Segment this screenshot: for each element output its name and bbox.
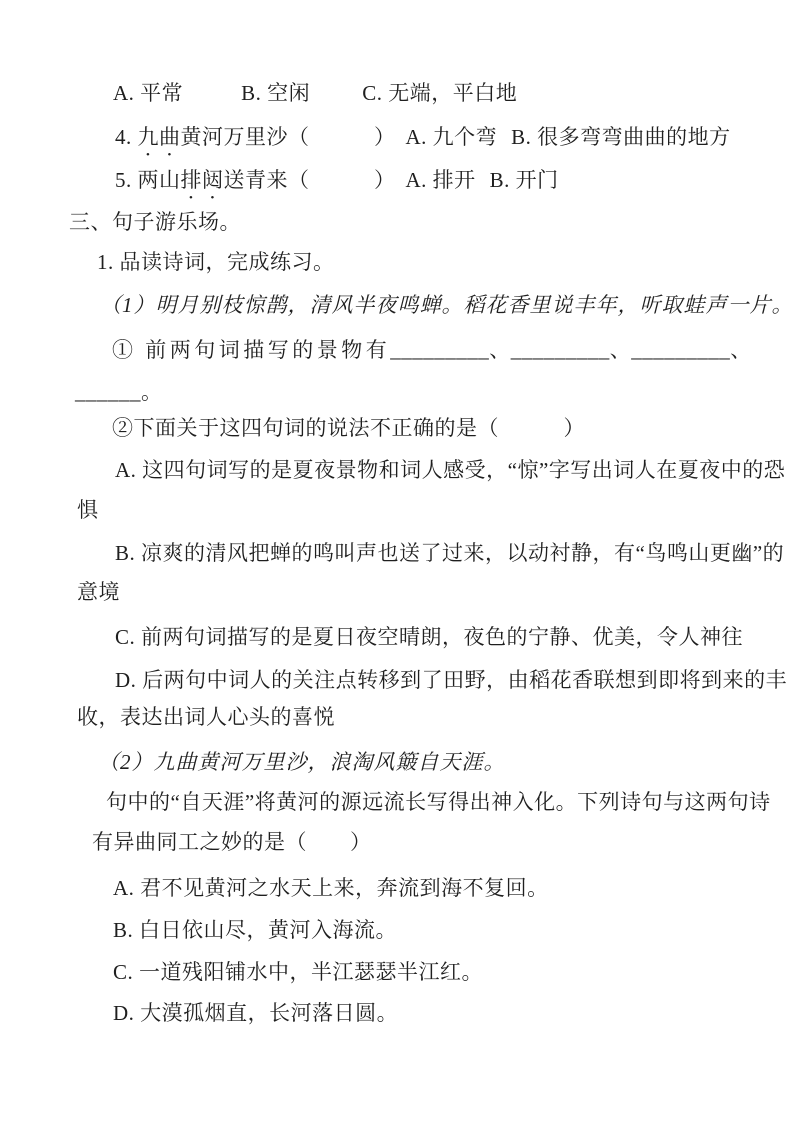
poem1-sub2-option-d-line1: D. 后两句中词人的关注点转移到了田野，由稻花香联想到即将到来的丰 (115, 665, 787, 695)
q4-number: 4. (115, 125, 138, 149)
q3-option-c: C. 无端，平白地 (362, 81, 517, 105)
q4-option-a: A. 九个弯 (406, 125, 498, 149)
poem1-sub2-option-b-line2: 意境 (77, 577, 120, 607)
poem1-sub1-prompt: ① 前两句词描写的景物有 (112, 338, 390, 362)
q4-line: 4. 九曲黄河万里沙（ ）A. 九个弯B. 很多弯弯曲曲的地方 (115, 122, 731, 161)
poem2-quote: （2）九曲黄河万里沙，浪淘风簸自天涯。 (98, 747, 506, 777)
q4-text: 黄河万里沙 (181, 125, 289, 149)
poem1-quote: （1）明月别枝惊鹊，清风半夜鸣蝉。稻花香里说丰年，听取蛙声一片。 (100, 290, 793, 320)
q3-option-a: A. 平常 (113, 81, 183, 105)
q5-text: 送青来 (224, 168, 289, 192)
poem1-sub2-option-d-line2: 收，表达出词人心头的喜悦 (77, 702, 335, 732)
q5-emphasized-word: 排闼 (181, 168, 224, 192)
poem1-sub2-prompt: ②下面关于这四句词的说法不正确的是（ ） (112, 413, 585, 443)
q4-answer-blank: （ ） (288, 125, 396, 149)
poem1-sub1-line: ① 前两句词描写的景物有_________、_________、________… (112, 335, 752, 365)
poem1-sub1-fill-blanks: _________、_________、_________、 (390, 338, 752, 362)
poem1-sub2-option-b-line1: B. 凉爽的清风把蝉的鸣叫声也送了过来，以动衬静，有“鸟鸣山更幽”的 (115, 538, 784, 568)
q4-option-b: B. 很多弯弯曲曲的地方 (511, 125, 731, 149)
poem2-option-c: C. 一道残阳铺水中，半江瑟瑟半江红。 (113, 957, 483, 987)
poem1-sub1-fill-blank-tail: ______。 (75, 377, 163, 407)
poem1-sub2-option-a-line2: 惧 (77, 495, 99, 525)
q3-options-row: A. 平常B. 空闲C. 无端，平白地 (113, 78, 517, 108)
poem2-prompt-line2: 有异曲同工之妙的是（ ） (92, 827, 372, 857)
q4-emphasized-word: 九曲 (138, 125, 181, 149)
worksheet-page: A. 平常B. 空闲C. 无端，平白地 4. 九曲黄河万里沙（ ）A. 九个弯B… (0, 0, 793, 1122)
q5-option-b: B. 开门 (490, 168, 559, 192)
q5-line: 5. 两山排闼送青来（ ）A. 排开B. 开门 (115, 165, 559, 204)
poem2-option-b: B. 白日依山尽，黄河入海流。 (113, 915, 397, 945)
poem2-prompt-line1: 句中的“自天涯”将黄河的源远流长写得出神入化。下列诗句与这两句诗 (106, 787, 771, 817)
q3-option-b: B. 空闲 (241, 81, 310, 105)
section-heading: 三、句子游乐场。 (69, 207, 241, 237)
task1-intro: 1. 品读诗词，完成练习。 (97, 247, 335, 277)
poem1-sub2-option-a-line1: A. 这四句词写的是夏夜景物和词人感受，“惊”字写出词人在夏夜中的恐 (115, 455, 785, 485)
q5-number: 5. 两山 (115, 168, 181, 192)
poem2-option-d: D. 大漠孤烟直，长河落日圆。 (113, 998, 398, 1028)
q5-option-a: A. 排开 (406, 168, 476, 192)
poem2-option-a: A. 君不见黄河之水天上来，奔流到海不复回。 (113, 873, 549, 903)
poem1-sub2-option-c: C. 前两句词描写的是夏日夜空晴朗，夜色的宁静、优美，令人神往 (115, 622, 743, 652)
q5-answer-blank: （ ） (288, 168, 396, 192)
